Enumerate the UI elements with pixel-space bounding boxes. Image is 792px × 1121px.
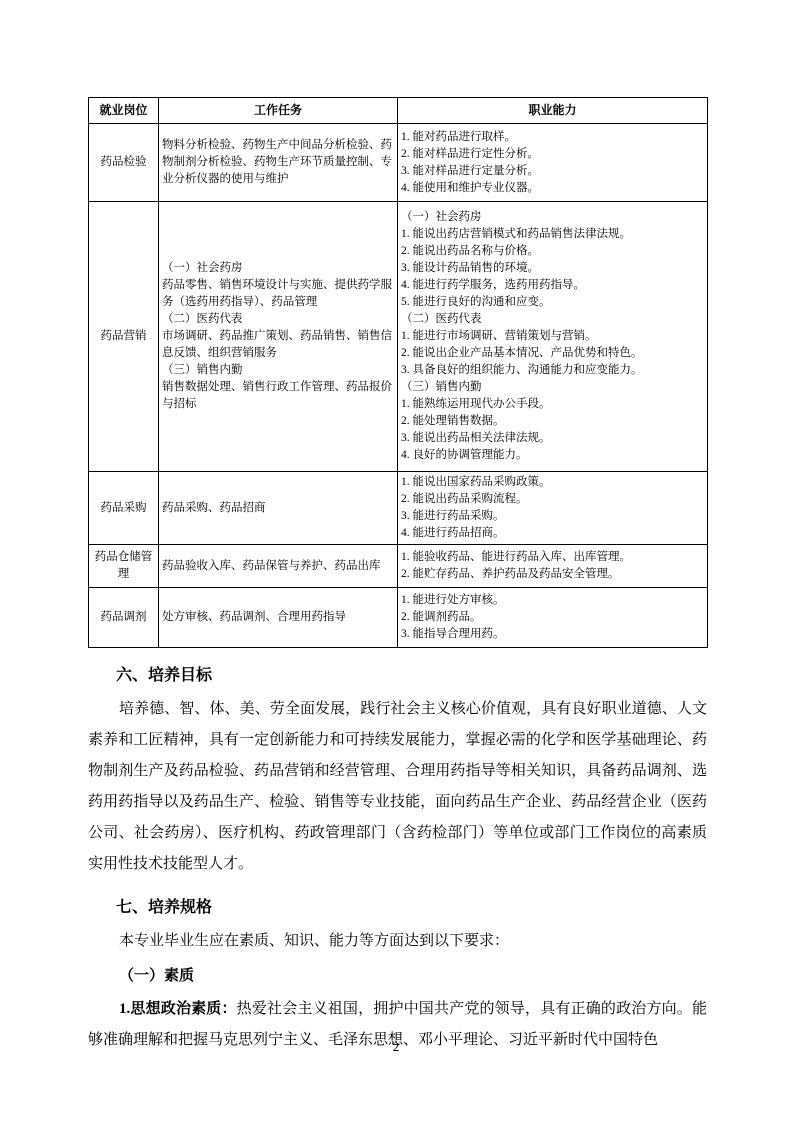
page-content: 就业岗位 工作任务 职业能力 药品检验 物料分析检验、药物生产中间品分析检验、药… [88,97,707,1056]
header-position: 就业岗位 [89,98,159,124]
tasks-cell: 物料分析检验、药物生产中间品分析检验、药物制剂分析检验、药物生产环节质量控制、专… [159,124,398,202]
tasks-cell: （一）社会药房 药品零售、销售环境设计与实施、提供药学服务（选药用药指导）、药品… [159,202,398,472]
specs-intro-paragraph: 本专业毕业生应在素质、知识、能力等方面达到以下要求： [88,926,707,957]
position-cell: 药品检验 [89,124,159,202]
jobs-table: 就业岗位 工作任务 职业能力 药品检验 物料分析检验、药物生产中间品分析检验、药… [88,97,708,648]
table-header-row: 就业岗位 工作任务 职业能力 [89,98,708,124]
subsection-heading-quality: （一）素质 [88,961,707,992]
section-heading-objectives: 六、培养目标 [88,664,707,688]
position-cell: 药品营销 [89,202,159,472]
abilities-cell: 1. 能进行处方审核。 2. 能调剂药品。 3. 能指导合理用药。 [398,588,708,648]
table-row: 药品检验 物料分析检验、药物生产中间品分析检验、药物制剂分析检验、药物生产环节质… [89,124,708,202]
position-cell: 药品采购 [89,472,159,545]
table-row: 药品采购 药品采购、药品招商 1. 能说出国家药品采购政策。 2. 能说出药品采… [89,472,708,545]
header-tasks: 工作任务 [159,98,398,124]
abilities-cell: 1. 能验收药品、能进行药品入库、出库管理。 2. 能贮存药品、养护药品及药品安… [398,545,708,588]
abilities-cell: 1. 能对药品进行取样。 2. 能对样品进行定性分析。 3. 能对样品进行定量分… [398,124,708,202]
header-abilities: 职业能力 [398,98,708,124]
tasks-cell: 药品采购、药品招商 [159,472,398,545]
page-number: 2 [0,1039,792,1055]
section-heading-specs: 七、培养规格 [88,896,707,920]
table-row: 药品调剂 处方审核、药品调剂、合理用药指导 1. 能进行处方审核。 2. 能调剂… [89,588,708,648]
table-row: 药品营销 （一）社会药房 药品零售、销售环境设计与实施、提供药学服务（选药用药指… [89,202,708,472]
table-row: 药品仓储管理 药品验收入库、药品保管与养护、药品出库 1. 能验收药品、能进行药… [89,545,708,588]
abilities-cell: （一）社会药房 1. 能说出药店营销模式和药品销售法律法规。 2. 能说出药品名… [398,202,708,472]
quality-item-lead: 1.思想政治素质： [119,1001,237,1017]
tasks-cell: 药品验收入库、药品保管与养护、药品出库 [159,545,398,588]
abilities-cell: 1. 能说出国家药品采购政策。 2. 能说出药品采购流程。 3. 能进行药品采购… [398,472,708,545]
document-page: 就业岗位 工作任务 职业能力 药品检验 物料分析检验、药物生产中间品分析检验、药… [0,0,792,1121]
tasks-cell: 处方审核、药品调剂、合理用药指导 [159,588,398,648]
position-cell: 药品仓储管理 [89,545,159,588]
position-cell: 药品调剂 [89,588,159,648]
objectives-paragraph: 培养德、智、体、美、劳全面发展，践行社会主义核心价值观，具有良好职业道德、人文素… [88,694,707,880]
